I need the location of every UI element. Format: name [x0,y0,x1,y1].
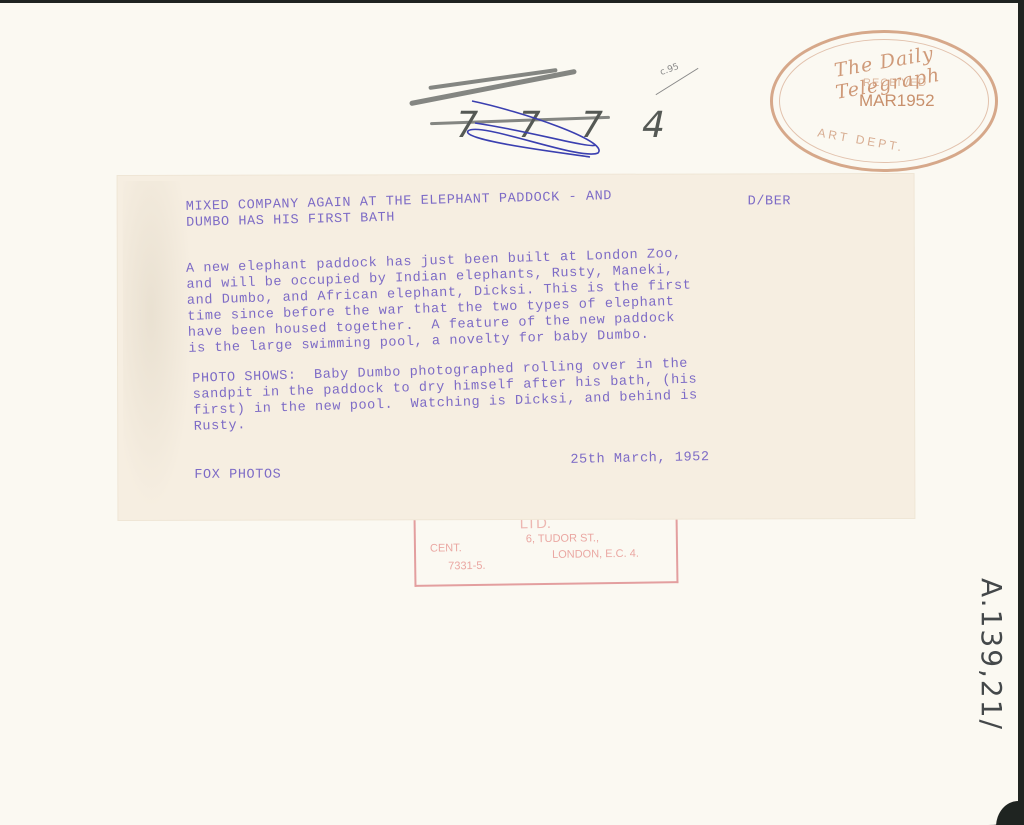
archive-number: A.139,21/ [975,578,1008,731]
reference-mark: c.95 [659,62,681,78]
photo-credit: FOX PHOTOS [194,468,281,484]
stamp-city: LONDON, E.C. 4. [552,548,639,561]
photo-shows-description: PHOTO SHOWS: Baby Dumbo photographed rol… [192,356,698,435]
blue-pen-scribble-icon [460,91,610,163]
water-stain [123,181,194,511]
stamp-phone-label: CENT. [430,542,462,554]
desk-code: D/BER [748,194,792,210]
caption-headline: MIXED COMPANY AGAIN AT THE ELEPHANT PADD… [186,189,613,232]
photo-back-paper: 7 7 7 4 c.95 The Daily Telegraph RECEIVE… [0,3,1018,825]
telegraph-received-stamp: The Daily Telegraph RECEIVED MAR1952 ART… [770,30,998,172]
stamp-received-label: RECEIVED [863,77,927,89]
stamp-date: MAR1952 [859,91,935,111]
caption-body: A new elephant paddock has just been bui… [186,246,693,357]
stamp-phone-number: 7331-5. [448,560,485,573]
caption-slip: MIXED COMPANY AGAIN AT THE ELEPHANT PADD… [118,174,915,520]
fox-photos-address-stamp: LTD. CENT. 7331-5. 6, TUDOR ST., LONDON,… [414,513,679,587]
caption-date: 25th March, 1952 [570,450,710,469]
stamp-street: 6, TUDOR ST., [526,532,599,545]
